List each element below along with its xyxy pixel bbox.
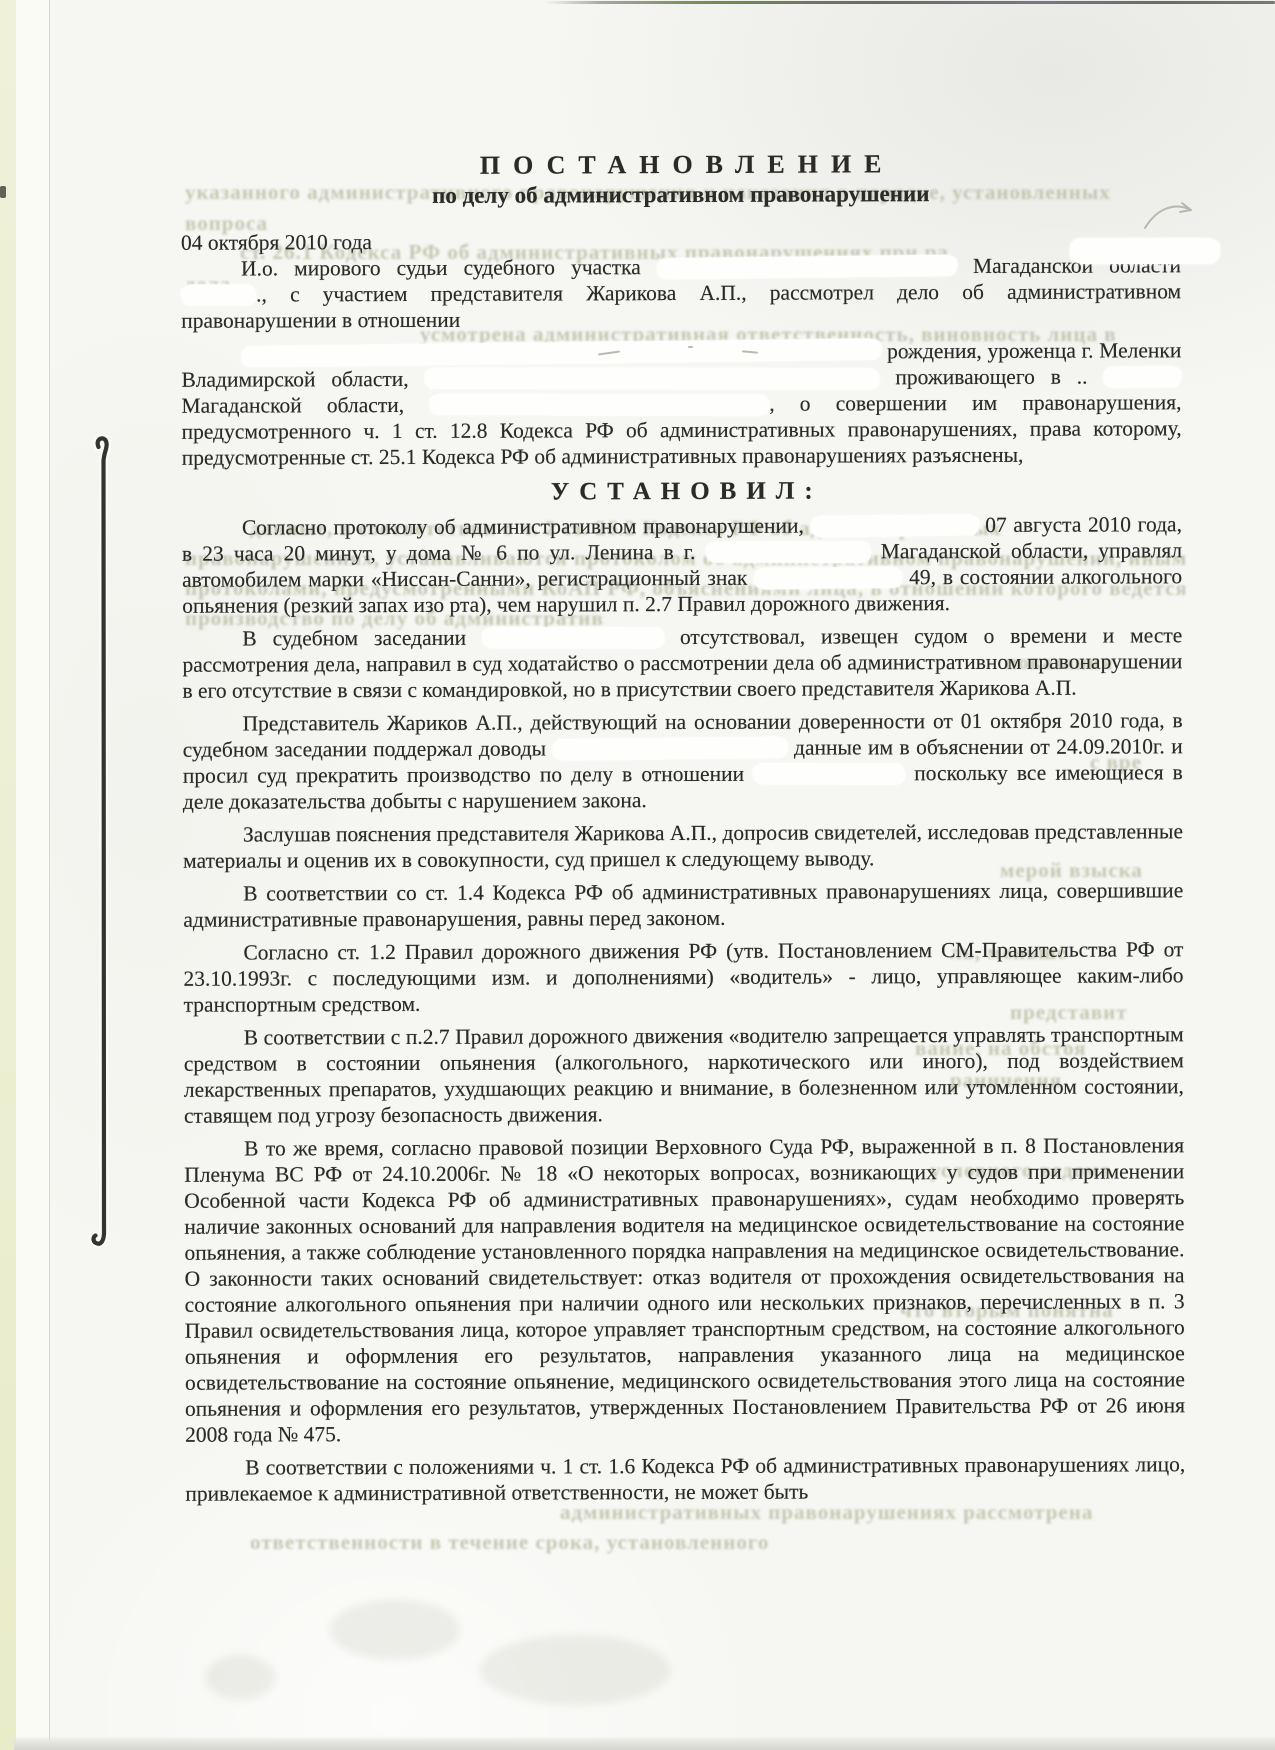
- paragraph: Представитель Жариков А.П., действующий …: [183, 707, 1183, 814]
- document-title: ПОСТАНОВЛЕНИЕ: [181, 148, 1181, 181]
- redaction-blob: [753, 763, 905, 784]
- document-body: ПОСТАНОВЛЕНИЕ по делу об административно…: [181, 148, 1186, 1513]
- redaction-blob: [429, 394, 769, 416]
- paragraph: В судебном заседании отсутствовал, извещ…: [182, 622, 1182, 703]
- paragraph: И.о. мирового судьи судебного участка Ма…: [181, 252, 1181, 333]
- document-subtitle: по делу об административном правонарушен…: [181, 178, 1181, 211]
- redaction-blob: [657, 255, 957, 280]
- redaction-blob: [706, 541, 871, 562]
- paragraph: Согласно протоколу об административном п…: [182, 511, 1182, 618]
- redaction-blob: [552, 737, 787, 761]
- redaction-blob: [1103, 366, 1181, 388]
- paragraphs-container: И.о. мирового судьи судебного участка Ма…: [181, 252, 1185, 1506]
- paragraph: В то же время, согласно правовой позиции…: [184, 1132, 1185, 1447]
- paragraph: В соответствии с положениями ч. 1 ст. 1.…: [185, 1451, 1185, 1506]
- paragraph: рождения, уроженца г. Меленки Владимирск…: [181, 337, 1181, 470]
- redaction-blob: [241, 339, 881, 368]
- document-date: 04 октября 2010 года: [181, 226, 1181, 255]
- bleed-through-line: ответственности в течение срока, установ…: [250, 1530, 950, 1555]
- redaction-blob: [810, 514, 978, 537]
- redaction-blob: [181, 285, 256, 306]
- redaction-blob: [424, 368, 879, 390]
- redaction-blob: [482, 627, 664, 648]
- paragraph: Согласно ст. 1.2 Правил дорожного движен…: [183, 936, 1183, 1017]
- paragraph: В соответствии со ст. 1.4 Кодекса РФ об …: [183, 877, 1183, 932]
- paragraph: Заслушав пояснения представителя Жариков…: [183, 818, 1183, 873]
- redaction-blob: [754, 567, 902, 590]
- scanned-court-ruling-page: указанного административного правонаруше…: [0, 0, 1275, 1750]
- paragraph: В соответствии с п.2.7 Правил дорожного …: [184, 1021, 1184, 1128]
- section-heading-ustanovil: УСТАНОВИЛ:: [182, 475, 1182, 508]
